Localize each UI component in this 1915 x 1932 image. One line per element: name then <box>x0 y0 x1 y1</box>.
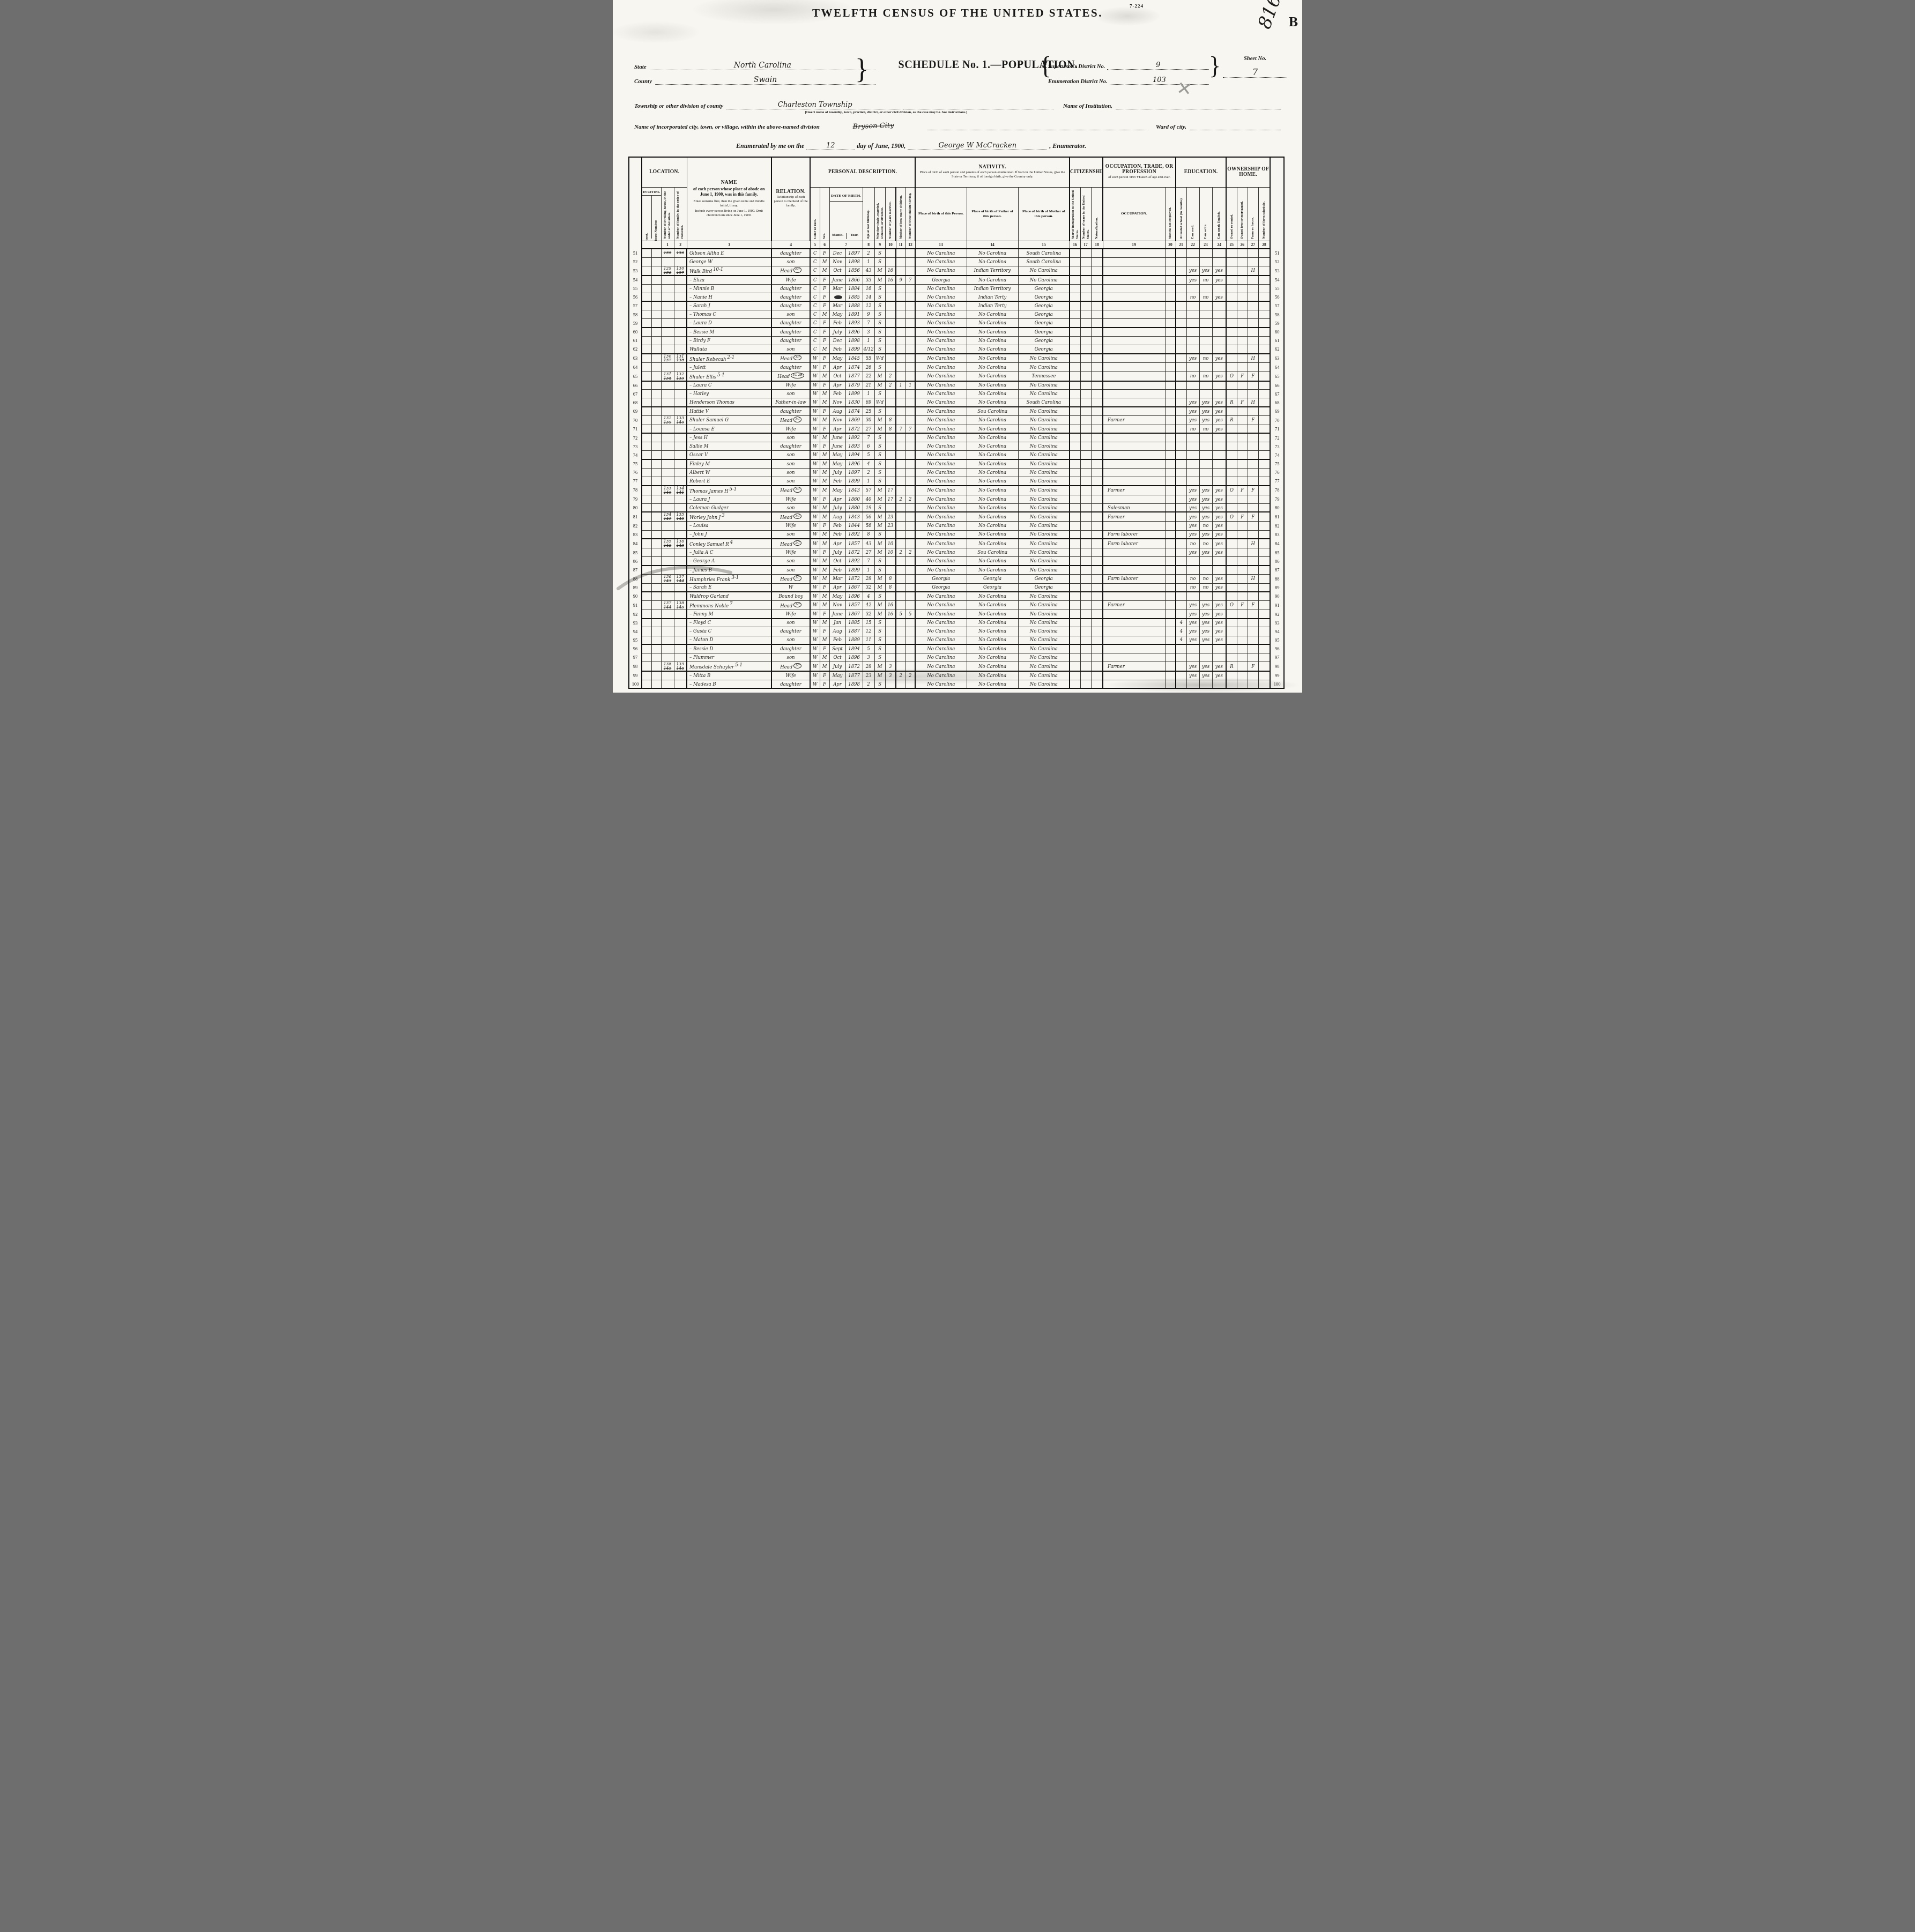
cell-fb: No Carolina <box>967 610 1018 618</box>
cell-pb: No Carolina <box>915 310 967 319</box>
table-row: 60– Bessie MdaughterCFJuly18963SNo Carol… <box>629 328 1284 336</box>
cell-sch <box>1176 574 1186 583</box>
cell-i17 <box>1080 653 1091 662</box>
table-row: 86– George AsonWMOct18927SNo CarolinaNo … <box>629 557 1284 566</box>
cell-c: W <box>810 592 820 600</box>
cell-yr: 1830 <box>845 398 863 407</box>
line-number: 56 <box>629 293 642 301</box>
in-cities-block: IN CITIES. Street. House Number. <box>642 187 661 241</box>
cell-fs <box>1258 293 1270 301</box>
cell-ms: S <box>874 468 885 477</box>
cell-i16 <box>1070 574 1080 583</box>
cell-ym <box>885 530 896 539</box>
cell-ym <box>885 301 896 310</box>
cell-nat <box>1091 539 1103 548</box>
cell-nat <box>1091 415 1103 425</box>
cell-fam <box>674 636 687 644</box>
cell-pb: No Carolina <box>915 619 967 627</box>
cell-fh <box>1248 495 1258 503</box>
cell-occ: Farm laborer <box>1103 574 1165 583</box>
cell-i16 <box>1070 257 1080 266</box>
cell-fb: No Carolina <box>967 425 1018 433</box>
cell-occ <box>1103 477 1165 485</box>
cell-st <box>642 328 651 336</box>
cell-chl <box>905 407 915 415</box>
cell-s: M <box>820 539 829 548</box>
ink-blot <box>834 295 842 299</box>
cell-occ <box>1103 407 1165 415</box>
cell-chl <box>905 468 915 477</box>
cell-age: 11 <box>863 636 874 644</box>
cell-age: 27 <box>863 548 874 557</box>
cell-occ: Farm laborer <box>1103 530 1165 539</box>
cell-fb: No Carolina <box>967 398 1018 407</box>
cell-ms: S <box>874 310 885 319</box>
cell-c: W <box>810 644 820 653</box>
cell-s: F <box>820 548 829 557</box>
cell-mne <box>1165 671 1176 680</box>
cell-hn <box>651 371 661 381</box>
cell-i17 <box>1080 671 1091 680</box>
cell-rd <box>1186 459 1199 468</box>
cell-ch <box>896 310 905 319</box>
cell-s: M <box>820 477 829 485</box>
cell-fb: No Carolina <box>967 662 1018 671</box>
cell-mo: Feb <box>829 477 845 485</box>
line-number: 54 <box>629 276 642 284</box>
line-number: 95 <box>1270 636 1284 644</box>
cell-sch <box>1176 433 1186 442</box>
line-number: 79 <box>629 495 642 503</box>
group-nativity: NATIVITY. Place of birth of each person … <box>915 157 1070 187</box>
cell-i17 <box>1080 249 1091 257</box>
line-number: 92 <box>1270 610 1284 618</box>
cell-name: – Sarah E <box>687 583 771 592</box>
cell-name: Shuler Samuel G <box>687 415 771 425</box>
cell-name: Albert W <box>687 468 771 477</box>
cell-s: M <box>820 398 829 407</box>
cell-wr <box>1199 249 1212 257</box>
cell-hn <box>651 486 661 495</box>
cell-own <box>1226 557 1237 566</box>
cell-nat <box>1091 512 1103 521</box>
cell-wr <box>1199 680 1212 688</box>
cell-ofm <box>1237 381 1248 390</box>
cell-mne <box>1165 619 1176 627</box>
cell-ofm <box>1237 249 1248 257</box>
cell-st <box>642 477 651 485</box>
cell-sch <box>1176 284 1186 293</box>
cell-occ: Farmer <box>1103 601 1165 610</box>
line-number: 68 <box>1270 398 1284 407</box>
cell-nat <box>1091 653 1103 662</box>
cell-mne <box>1165 680 1176 688</box>
cell-own <box>1226 619 1237 627</box>
cell-mo: Apr <box>829 495 845 503</box>
cell-i16 <box>1070 433 1080 442</box>
city-label: Name of incorporated city, town, or vill… <box>634 124 820 130</box>
dob-month-label: Month. <box>830 233 847 239</box>
cell-ofm <box>1237 583 1248 592</box>
cell-ym <box>885 644 896 653</box>
cell-c: W <box>810 459 820 468</box>
cell-s: M <box>820 503 829 512</box>
cell-en: yes <box>1212 486 1226 495</box>
cell-fb: Indian Territory <box>967 284 1018 293</box>
cell-fs <box>1258 257 1270 266</box>
cell-own <box>1226 284 1237 293</box>
cell-i16 <box>1070 319 1080 328</box>
cell-pb: Georgia <box>915 276 967 284</box>
cell-occ <box>1103 433 1165 442</box>
cell-dw <box>661 671 674 680</box>
cell-en <box>1212 653 1226 662</box>
state-label: State <box>634 64 650 70</box>
cell-rel: son <box>771 257 810 266</box>
cell-mne <box>1165 468 1176 477</box>
township-note: [Insert name of township, town, precinct… <box>768 110 1004 114</box>
cell-ym <box>885 459 896 468</box>
cell-rel: Head8C <box>771 266 810 275</box>
cell-occ <box>1103 671 1165 680</box>
cell-ym <box>885 442 896 451</box>
line-number: 66 <box>629 381 642 390</box>
cell-yr: 1896 <box>845 459 863 468</box>
cell-dw <box>661 442 674 451</box>
cell-en <box>1212 433 1226 442</box>
cell-c: C <box>810 345 820 353</box>
cell-wr: yes <box>1199 266 1212 275</box>
table-row: 67– HarleysonWMFeb18991SNo CarolinaNo Ca… <box>629 390 1284 398</box>
line-number: 77 <box>1270 477 1284 485</box>
cell-fb: No Carolina <box>967 680 1018 688</box>
cell-age: 1 <box>863 477 874 485</box>
cell-fam: 133140 <box>674 415 687 425</box>
cell-occ <box>1103 627 1165 636</box>
cell-st <box>642 610 651 618</box>
cell-sch <box>1176 566 1186 574</box>
cell-ofm: F <box>1237 601 1248 610</box>
cell-chl <box>905 619 915 627</box>
cell-mo: Oct <box>829 557 845 566</box>
cell-rd <box>1186 345 1199 353</box>
cell-hn <box>651 398 661 407</box>
cell-fam <box>674 363 687 371</box>
cell-sch <box>1176 257 1186 266</box>
group-ownership: OWNERSHIP OF HOME. <box>1226 157 1270 187</box>
cell-mb: South Carolina <box>1018 257 1070 266</box>
relation-desc: Relationship of each person to the head … <box>772 195 810 209</box>
cell-fs <box>1258 407 1270 415</box>
cell-mb: No Carolina <box>1018 610 1070 618</box>
cell-sch <box>1176 512 1186 521</box>
cell-mo: May <box>829 354 845 363</box>
cell-i16 <box>1070 468 1080 477</box>
cell-st <box>642 345 651 353</box>
page-title: TWELFTH CENSUS OF THE UNITED STATES. <box>613 6 1302 20</box>
cell-dw <box>661 636 674 644</box>
table-row: 61– Birdy FdaughterCFDec18981SNo Carolin… <box>629 336 1284 345</box>
cell-ch <box>896 354 905 363</box>
cell-mne <box>1165 636 1176 644</box>
cell-sch <box>1176 610 1186 618</box>
cell-name: – Fanny M <box>687 610 771 618</box>
cell-fs <box>1258 610 1270 618</box>
cell-nat <box>1091 354 1103 363</box>
cell-i16 <box>1070 530 1080 539</box>
cell-chl <box>905 451 915 459</box>
cell-fs <box>1258 583 1270 592</box>
line-number: 93 <box>1270 619 1284 627</box>
name-note1: Enter surname first, then the given name… <box>687 199 771 209</box>
cell-occ <box>1103 636 1165 644</box>
cell-i16 <box>1070 477 1080 485</box>
cell-name: Walluta <box>687 345 771 353</box>
cell-ms: S <box>874 530 885 539</box>
column-header-sex: Sex. <box>820 187 829 241</box>
cell-mb: No Carolina <box>1018 459 1070 468</box>
line-number: 53 <box>1270 266 1284 275</box>
cell-ofm <box>1237 284 1248 293</box>
cell-st <box>642 451 651 459</box>
cell-wr <box>1199 328 1212 336</box>
cell-ch: 9 <box>896 276 905 284</box>
cell-ofm <box>1237 293 1248 301</box>
cell-name: – Minnie B <box>687 284 771 293</box>
cell-c: C <box>810 319 820 328</box>
enumerator-name: George W McCracken <box>908 142 1047 150</box>
cell-fb: Indian Territory <box>967 266 1018 275</box>
col-number: 16 <box>1070 241 1080 249</box>
cell-rel: daughter <box>771 249 810 257</box>
cell-age: 7 <box>863 319 874 328</box>
cell-ms: S <box>874 451 885 459</box>
cell-i17 <box>1080 310 1091 319</box>
cell-hn <box>651 583 661 592</box>
table-row: 73Sallie MdaughterWFJune18936SNo Carolin… <box>629 442 1284 451</box>
line-number: 77 <box>629 477 642 485</box>
cell-st <box>642 486 651 495</box>
cell-i16 <box>1070 345 1080 353</box>
cell-nat <box>1091 310 1103 319</box>
cell-chl <box>905 345 915 353</box>
cell-fs <box>1258 390 1270 398</box>
cell-own <box>1226 583 1237 592</box>
cell-rel: son <box>771 451 810 459</box>
line-number: 76 <box>629 468 642 477</box>
cell-name: Shuler Rebecah2-1 <box>687 354 771 363</box>
cell-mne <box>1165 512 1176 521</box>
col-number: 21 <box>1176 241 1186 249</box>
cell-rd: yes <box>1186 276 1199 284</box>
table-row: 87– James BsonWMFeb18991SNo CarolinaNo C… <box>629 566 1284 574</box>
cell-name: Thomas James H5-1 <box>687 486 771 495</box>
cell-i17 <box>1080 354 1091 363</box>
cell-fam <box>674 653 687 662</box>
cell-sch: 4 <box>1176 619 1186 627</box>
cell-fh <box>1248 284 1258 293</box>
cell-en: yes <box>1212 539 1226 548</box>
cell-rd: yes <box>1186 503 1199 512</box>
cell-dw <box>661 503 674 512</box>
cell-occ <box>1103 266 1165 275</box>
cell-fh <box>1248 451 1258 459</box>
cell-dw <box>661 495 674 503</box>
cell-hn <box>651 653 661 662</box>
cell-mb: No Carolina <box>1018 566 1070 574</box>
cell-name: – Plummer <box>687 653 771 662</box>
cell-own: O <box>1226 486 1237 495</box>
cell-ofm <box>1237 415 1248 425</box>
line-number: 86 <box>1270 557 1284 566</box>
cell-own: O <box>1226 601 1237 610</box>
cell-ms: S <box>874 680 885 688</box>
cell-fam <box>674 671 687 680</box>
cell-yr: 1843 <box>845 512 863 521</box>
cell-yr: 1884 <box>845 284 863 293</box>
cell-nat <box>1091 566 1103 574</box>
cell-rel: Bound boy <box>771 592 810 600</box>
colnum-row: 1234567891011121314151617181920212223242… <box>629 241 1284 249</box>
cell-c: W <box>810 381 820 390</box>
cell-mb: No Carolina <box>1018 662 1070 671</box>
cell-st <box>642 539 651 548</box>
group-location: LOCATION. <box>642 157 687 187</box>
cell-fb: No Carolina <box>967 249 1018 257</box>
cell-c: C <box>810 284 820 293</box>
cell-i17 <box>1080 530 1091 539</box>
cell-nat <box>1091 249 1103 257</box>
cell-rel: son <box>771 566 810 574</box>
cell-mb: No Carolina <box>1018 592 1070 600</box>
cell-yr: 1896 <box>845 592 863 600</box>
cell-sch <box>1176 653 1186 662</box>
line-number: 58 <box>629 310 642 319</box>
cell-ch <box>896 363 905 371</box>
cell-rd <box>1186 284 1199 293</box>
cell-mo: May <box>829 671 845 680</box>
cell-own <box>1226 381 1237 390</box>
cell-ms: S <box>874 566 885 574</box>
cell-rd: yes <box>1186 627 1199 636</box>
cell-own: O <box>1226 512 1237 521</box>
cell-st <box>642 530 651 539</box>
cell-yr: 1892 <box>845 557 863 566</box>
cell-age: 30 <box>863 415 874 425</box>
cell-fb: No Carolina <box>967 336 1018 345</box>
institution-label: Name of Institution, <box>1053 103 1116 109</box>
cell-chl <box>905 653 915 662</box>
cell-own <box>1226 495 1237 503</box>
line-number: 61 <box>1270 336 1284 345</box>
cell-ym <box>885 310 896 319</box>
cell-wr: no <box>1199 574 1212 583</box>
cell-fh: H <box>1248 539 1258 548</box>
cell-pb: No Carolina <box>915 512 967 521</box>
cell-dw <box>661 319 674 328</box>
cell-pb: No Carolina <box>915 407 967 415</box>
cell-hn <box>651 592 661 600</box>
cell-chl <box>905 680 915 688</box>
cell-fs <box>1258 451 1270 459</box>
cell-own <box>1226 442 1237 451</box>
cell-nat <box>1091 328 1103 336</box>
cell-mo: Aug <box>829 627 845 636</box>
cell-pb: No Carolina <box>915 680 967 688</box>
cell-en <box>1212 257 1226 266</box>
cell-sch <box>1176 503 1186 512</box>
cell-s: F <box>820 293 829 301</box>
cell-mb: No Carolina <box>1018 381 1070 390</box>
cell-wr: no <box>1199 583 1212 592</box>
cell-age: 5 <box>863 644 874 653</box>
col-number: 5 <box>810 241 820 249</box>
cell-chl: 7 <box>905 276 915 284</box>
table-row: 69Hattie VdaughterWFAug187425SNo Carolin… <box>629 407 1284 415</box>
cell-ym <box>885 284 896 293</box>
cell-rd <box>1186 336 1199 345</box>
cell-dw <box>661 459 674 468</box>
cell-hn <box>651 336 661 345</box>
cell-fs <box>1258 627 1270 636</box>
cell-mb: Georgia <box>1018 345 1070 353</box>
cell-fb: No Carolina <box>967 319 1018 328</box>
cell-fb: No Carolina <box>967 557 1018 566</box>
cell-occ <box>1103 381 1165 390</box>
cell-pb: No Carolina <box>915 301 967 310</box>
line-number: 93 <box>629 619 642 627</box>
cell-pb: No Carolina <box>915 425 967 433</box>
cell-ch <box>896 592 905 600</box>
enumeration-day-value: 12 <box>806 142 855 150</box>
cell-mb: No Carolina <box>1018 653 1070 662</box>
cell-pb: No Carolina <box>915 601 967 610</box>
cell-c: W <box>810 354 820 363</box>
cell-occ <box>1103 310 1165 319</box>
line-number: 89 <box>1270 583 1284 592</box>
cell-mo: Dec <box>829 336 845 345</box>
cell-fs <box>1258 495 1270 503</box>
cell-c: W <box>810 583 820 592</box>
cell-own <box>1226 592 1237 600</box>
cell-ms: M <box>874 266 885 275</box>
cell-sch <box>1176 477 1186 485</box>
line-number: 94 <box>629 627 642 636</box>
cell-mne <box>1165 644 1176 653</box>
cell-occ <box>1103 390 1165 398</box>
cell-mne <box>1165 477 1176 485</box>
cell-chl <box>905 636 915 644</box>
cell-fh <box>1248 345 1258 353</box>
cell-yr: 1867 <box>845 610 863 618</box>
cell-mo: June <box>829 442 845 451</box>
cell-own <box>1226 468 1237 477</box>
line-number: 56 <box>1270 293 1284 301</box>
cell-mb: No Carolina <box>1018 512 1070 521</box>
cell-mo: July <box>829 468 845 477</box>
cell-ch <box>896 257 905 266</box>
cell-c: W <box>810 671 820 680</box>
cell-occ <box>1103 293 1165 301</box>
cell-pb: No Carolina <box>915 644 967 653</box>
cell-sch <box>1176 345 1186 353</box>
table-row: 100– Madesa BdaughterWFApr18982SNo Carol… <box>629 680 1284 688</box>
cell-rd: no <box>1186 583 1199 592</box>
cell-occ: Farmer <box>1103 662 1165 671</box>
cell-hn <box>651 381 661 390</box>
cell-fb: No Carolina <box>967 451 1018 459</box>
cell-mb: No Carolina <box>1018 486 1070 495</box>
